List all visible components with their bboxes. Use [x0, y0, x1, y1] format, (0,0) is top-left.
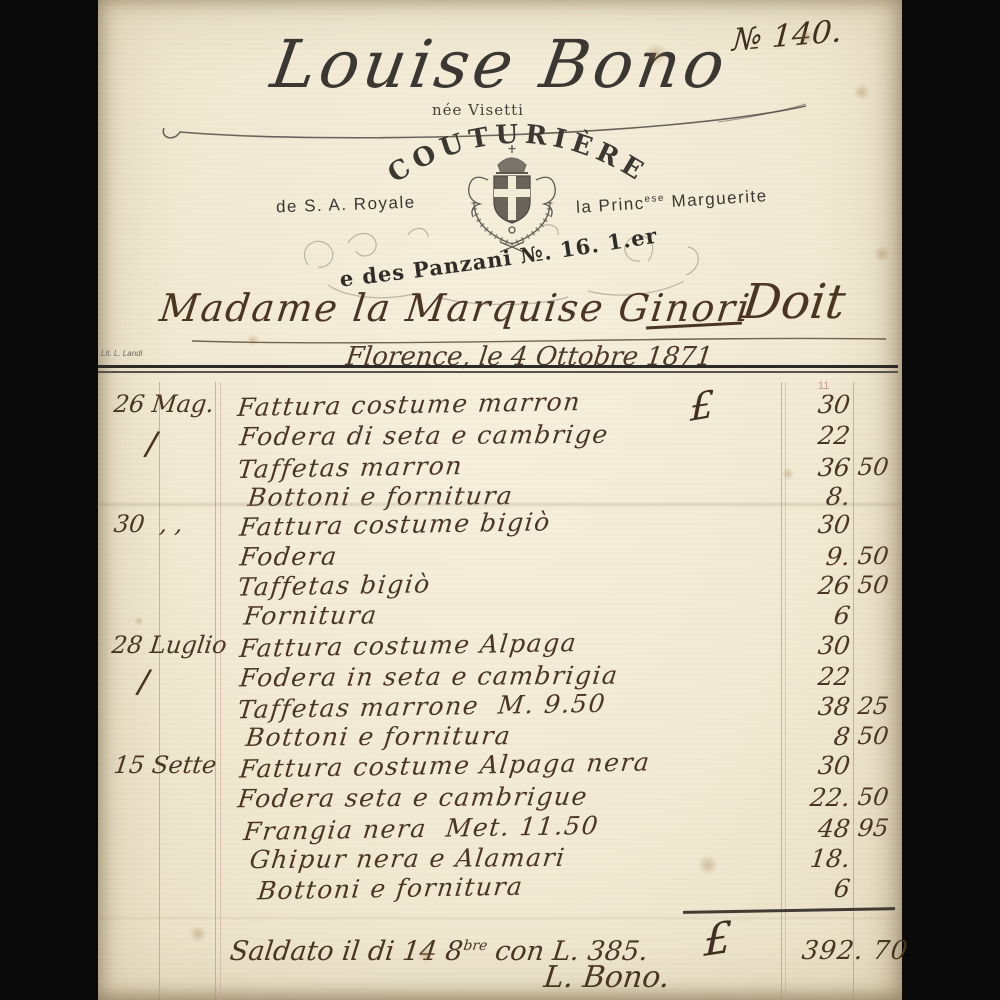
row-cents: 50	[856, 542, 903, 570]
row-date: 30 , ,	[112, 510, 184, 538]
ledger-row: 26 Mag.Fattura costume marron30	[98, 390, 902, 422]
row-description: Bottoni e fornitura	[256, 872, 525, 906]
row-description: Fodera	[238, 542, 339, 572]
row-description: Fodera in seta e cambrigia	[238, 661, 620, 693]
ledger-row: Taffetas marrone M. 9.503825	[98, 692, 902, 724]
total-amount: 392. 70	[800, 936, 910, 966]
row-cents: 25	[856, 692, 903, 720]
row-lire: 8	[756, 722, 852, 751]
ledger-row: Bottoni e fornitura6	[98, 874, 902, 906]
foxing-spot	[188, 926, 208, 942]
row-lire: 22.	[756, 783, 852, 812]
row-lire: 18.	[756, 844, 852, 873]
row-description: Taffetas bigiò	[236, 569, 432, 601]
invoice-sheet: № 140. Louise Bono née Visetti COUTURIÈR…	[98, 0, 902, 1000]
row-description: Fornitura	[242, 601, 379, 631]
ledger-row: Fodera9.50	[98, 542, 902, 574]
row-description: Fodera di seta e cambrige	[238, 420, 610, 452]
row-description: Fodera seta e cambrigue	[236, 782, 590, 813]
total-rule	[683, 907, 895, 913]
ledger-row: Fodera seta e cambrigue22.50	[98, 783, 902, 815]
row-lire: 30	[756, 510, 852, 539]
photo-background: № 140. Louise Bono née Visetti COUTURIÈR…	[0, 0, 1000, 1000]
foxing-spot	[873, 246, 891, 262]
row-cents: 50	[856, 783, 903, 811]
row-description: Bottoni e fornitura	[244, 721, 513, 752]
settlement-note-text: Saldato il di 14 8	[228, 936, 465, 967]
row-cents: 50	[856, 571, 903, 599]
row-description: Taffetas marrone M. 9.50	[236, 689, 607, 724]
maiden-name: née Visetti	[98, 101, 858, 119]
row-description: Taffetas marron	[236, 451, 464, 484]
ledger-row: 30 , ,Fattura costume bigiò30	[98, 510, 902, 542]
row-description: Ghipur nera e Alamari	[248, 843, 567, 874]
row-lire: 30	[756, 390, 852, 419]
business-name: Louise Bono	[92, 26, 908, 103]
row-cents: 95	[856, 814, 903, 842]
recipient-name: Madame la Marquise Ginori	[157, 286, 753, 330]
lithographer-credit: Lit. L. Landi	[101, 349, 142, 358]
signature: L. Bono.	[542, 960, 672, 995]
row-lire: 6	[756, 601, 852, 630]
doit-label: Doit	[740, 274, 849, 330]
row-description: Frangia nera Met. 11.50	[242, 811, 600, 846]
lira-symbol-total: £	[703, 912, 732, 967]
row-lire: 6	[756, 874, 852, 903]
svg-text:Rue des Panzani №. 16. 1.er ét: Rue des Panzani №. 16. 1.er ét.	[338, 228, 659, 292]
address-label: Rue des Panzani №. 16. 1.er ét.	[338, 228, 659, 292]
row-lire: 30	[756, 631, 852, 660]
patron-right-superscript: ese	[644, 193, 665, 205]
row-description: Fattura costume Alpaga nera	[238, 747, 652, 783]
row-lire: 26	[756, 571, 852, 600]
row-cents: 50	[856, 722, 903, 750]
row-description: Fattura costume Alpaga	[238, 628, 579, 663]
row-cents: 50	[856, 453, 903, 481]
ledger-row: Fodera in seta e cambrigia22	[98, 662, 902, 694]
ledger-row: Taffetas bigiò2650	[98, 571, 902, 603]
row-lire: 22	[756, 662, 852, 691]
row-lire: 38	[756, 692, 852, 721]
row-description: Fattura costume bigiò	[238, 507, 552, 541]
row-lire: 30	[756, 751, 852, 780]
row-lire: 36	[756, 453, 852, 482]
ledger-row: 28 LuglioFattura costume Alpaga30	[98, 631, 902, 663]
row-lire: 9.	[756, 542, 852, 571]
row-lire: 48	[756, 814, 852, 843]
row-lire: 22	[756, 421, 852, 450]
row-description: Fattura costume marron	[236, 387, 582, 422]
ledger-row: Fodera di seta e cambrige22	[98, 421, 902, 453]
ledger-row: Fornitura6	[98, 601, 902, 633]
settlement-note-superscript: bre	[462, 938, 488, 954]
row-lire: 8.	[756, 482, 852, 511]
row-date: 26 Mag.	[112, 390, 215, 418]
ledger-row: Frangia nera Met. 11.504895	[98, 814, 902, 846]
ledger-row: 15 SetteFattura costume Alpaga nera30	[98, 751, 902, 783]
patron-right-name: Marguerite	[665, 186, 768, 211]
header-divider-rule	[98, 365, 898, 374]
row-date: 28 Luglio	[110, 631, 228, 659]
row-description: Bottoni e fornitura	[246, 481, 515, 512]
row-date: 15 Sette	[112, 751, 218, 779]
